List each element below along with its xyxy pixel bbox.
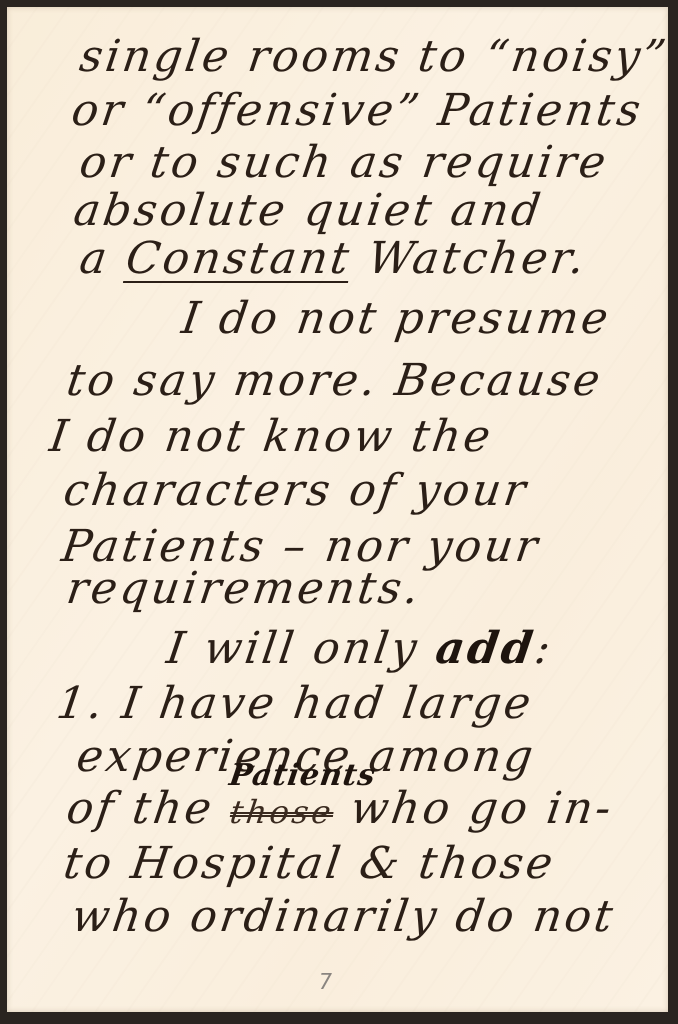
line-8: I do not know the	[47, 415, 496, 459]
line-15: of the Patientsthose who go in-	[64, 787, 616, 831]
line-16: to Hospital & those	[61, 842, 558, 886]
line-9: characters of your	[61, 469, 531, 513]
line-17: who ordinarily do not	[69, 895, 618, 939]
underlined-word-constant: Constant	[123, 233, 355, 284]
correction: Patientsthose	[228, 787, 337, 831]
struck-word-those: those	[228, 793, 336, 831]
line-2: or “offensive” Patients	[69, 89, 646, 133]
line-13: 1. I have had large	[54, 682, 536, 726]
line-12: I will only add:	[164, 627, 556, 671]
line-5-post: Watcher.	[348, 233, 591, 284]
inserted-word-patients: Patients	[227, 761, 377, 791]
line-3: or to such as require	[77, 141, 611, 185]
line-5-pre: a	[77, 233, 130, 284]
line-5: a Constant Watcher.	[77, 237, 590, 281]
overwritten-word-add: add	[433, 623, 539, 674]
line-11: requirements.	[64, 567, 424, 611]
manuscript-page: single rooms to “noisy” or “offensive” P…	[7, 7, 668, 1012]
line-7: to say more. Because	[64, 359, 605, 403]
line-1: single rooms to “noisy”	[77, 35, 671, 79]
line-15-pre: of the	[64, 783, 235, 834]
line-12-pre: I will only	[164, 623, 440, 674]
line-6: I do not presume	[179, 297, 614, 341]
line-4: absolute quiet and	[71, 189, 546, 233]
